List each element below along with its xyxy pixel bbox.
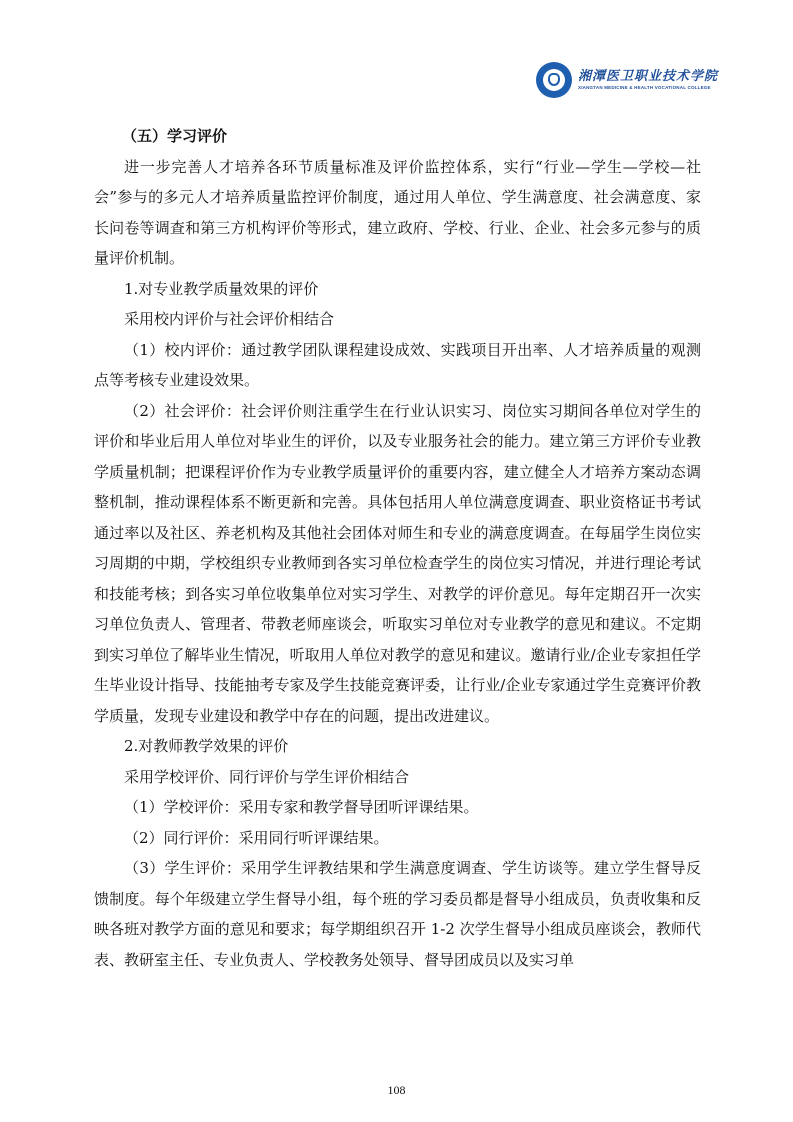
paragraph-social-evaluation: （2）社会评价：社会评价则注重学生在行业认识实习、岗位实习期间各单位对学生的评价… [94, 396, 701, 732]
page-number: 108 [0, 1083, 793, 1098]
college-logo: 湘潭医卫职业技术学院 XIANGTAN MEDICINE & HEALTH VO… [536, 60, 746, 100]
subsection-heading-2: 2.对教师教学效果的评价 [94, 731, 701, 762]
college-name-en: XIANGTAN MEDICINE & HEALTH VOCATIONAL CO… [578, 85, 718, 91]
document-body: （五）学习评价 进一步完善人才培养各环节质量标准及评价监控体系，实行“行业—学生… [94, 121, 701, 975]
subsection-method-1: 采用校内评价与社会评价相结合 [94, 304, 701, 335]
paragraph-internal-evaluation: （1）校内评价：通过教学团队课程建设成效、实践项目开出率、人才培养质量的观测点等… [94, 335, 701, 396]
section-title: （五）学习评价 [94, 121, 701, 152]
paragraph-student-evaluation: （3）学生评价：采用学生评教结果和学生满意度调查、学生访谈等。建立学生督导反馈制… [94, 853, 701, 975]
college-logo-text: 湘潭医卫职业技术学院 XIANGTAN MEDICINE & HEALTH VO… [578, 69, 718, 91]
intro-paragraph: 进一步完善人才培养各环节质量标准及评价监控体系，实行“行业—学生—学校—社会”参… [94, 152, 701, 274]
paragraph-school-evaluation: （1）学校评价：采用专家和教学督导团听评课结果。 [94, 792, 701, 823]
college-emblem-icon [536, 62, 572, 98]
college-name-cn: 湘潭医卫职业技术学院 [578, 69, 718, 85]
subsection-heading-1: 1.对专业教学质量效果的评价 [94, 274, 701, 305]
paragraph-peer-evaluation: （2）同行评价：采用同行听评课结果。 [94, 823, 701, 854]
subsection-method-2: 采用学校评价、同行评价与学生评价相结合 [94, 762, 701, 793]
